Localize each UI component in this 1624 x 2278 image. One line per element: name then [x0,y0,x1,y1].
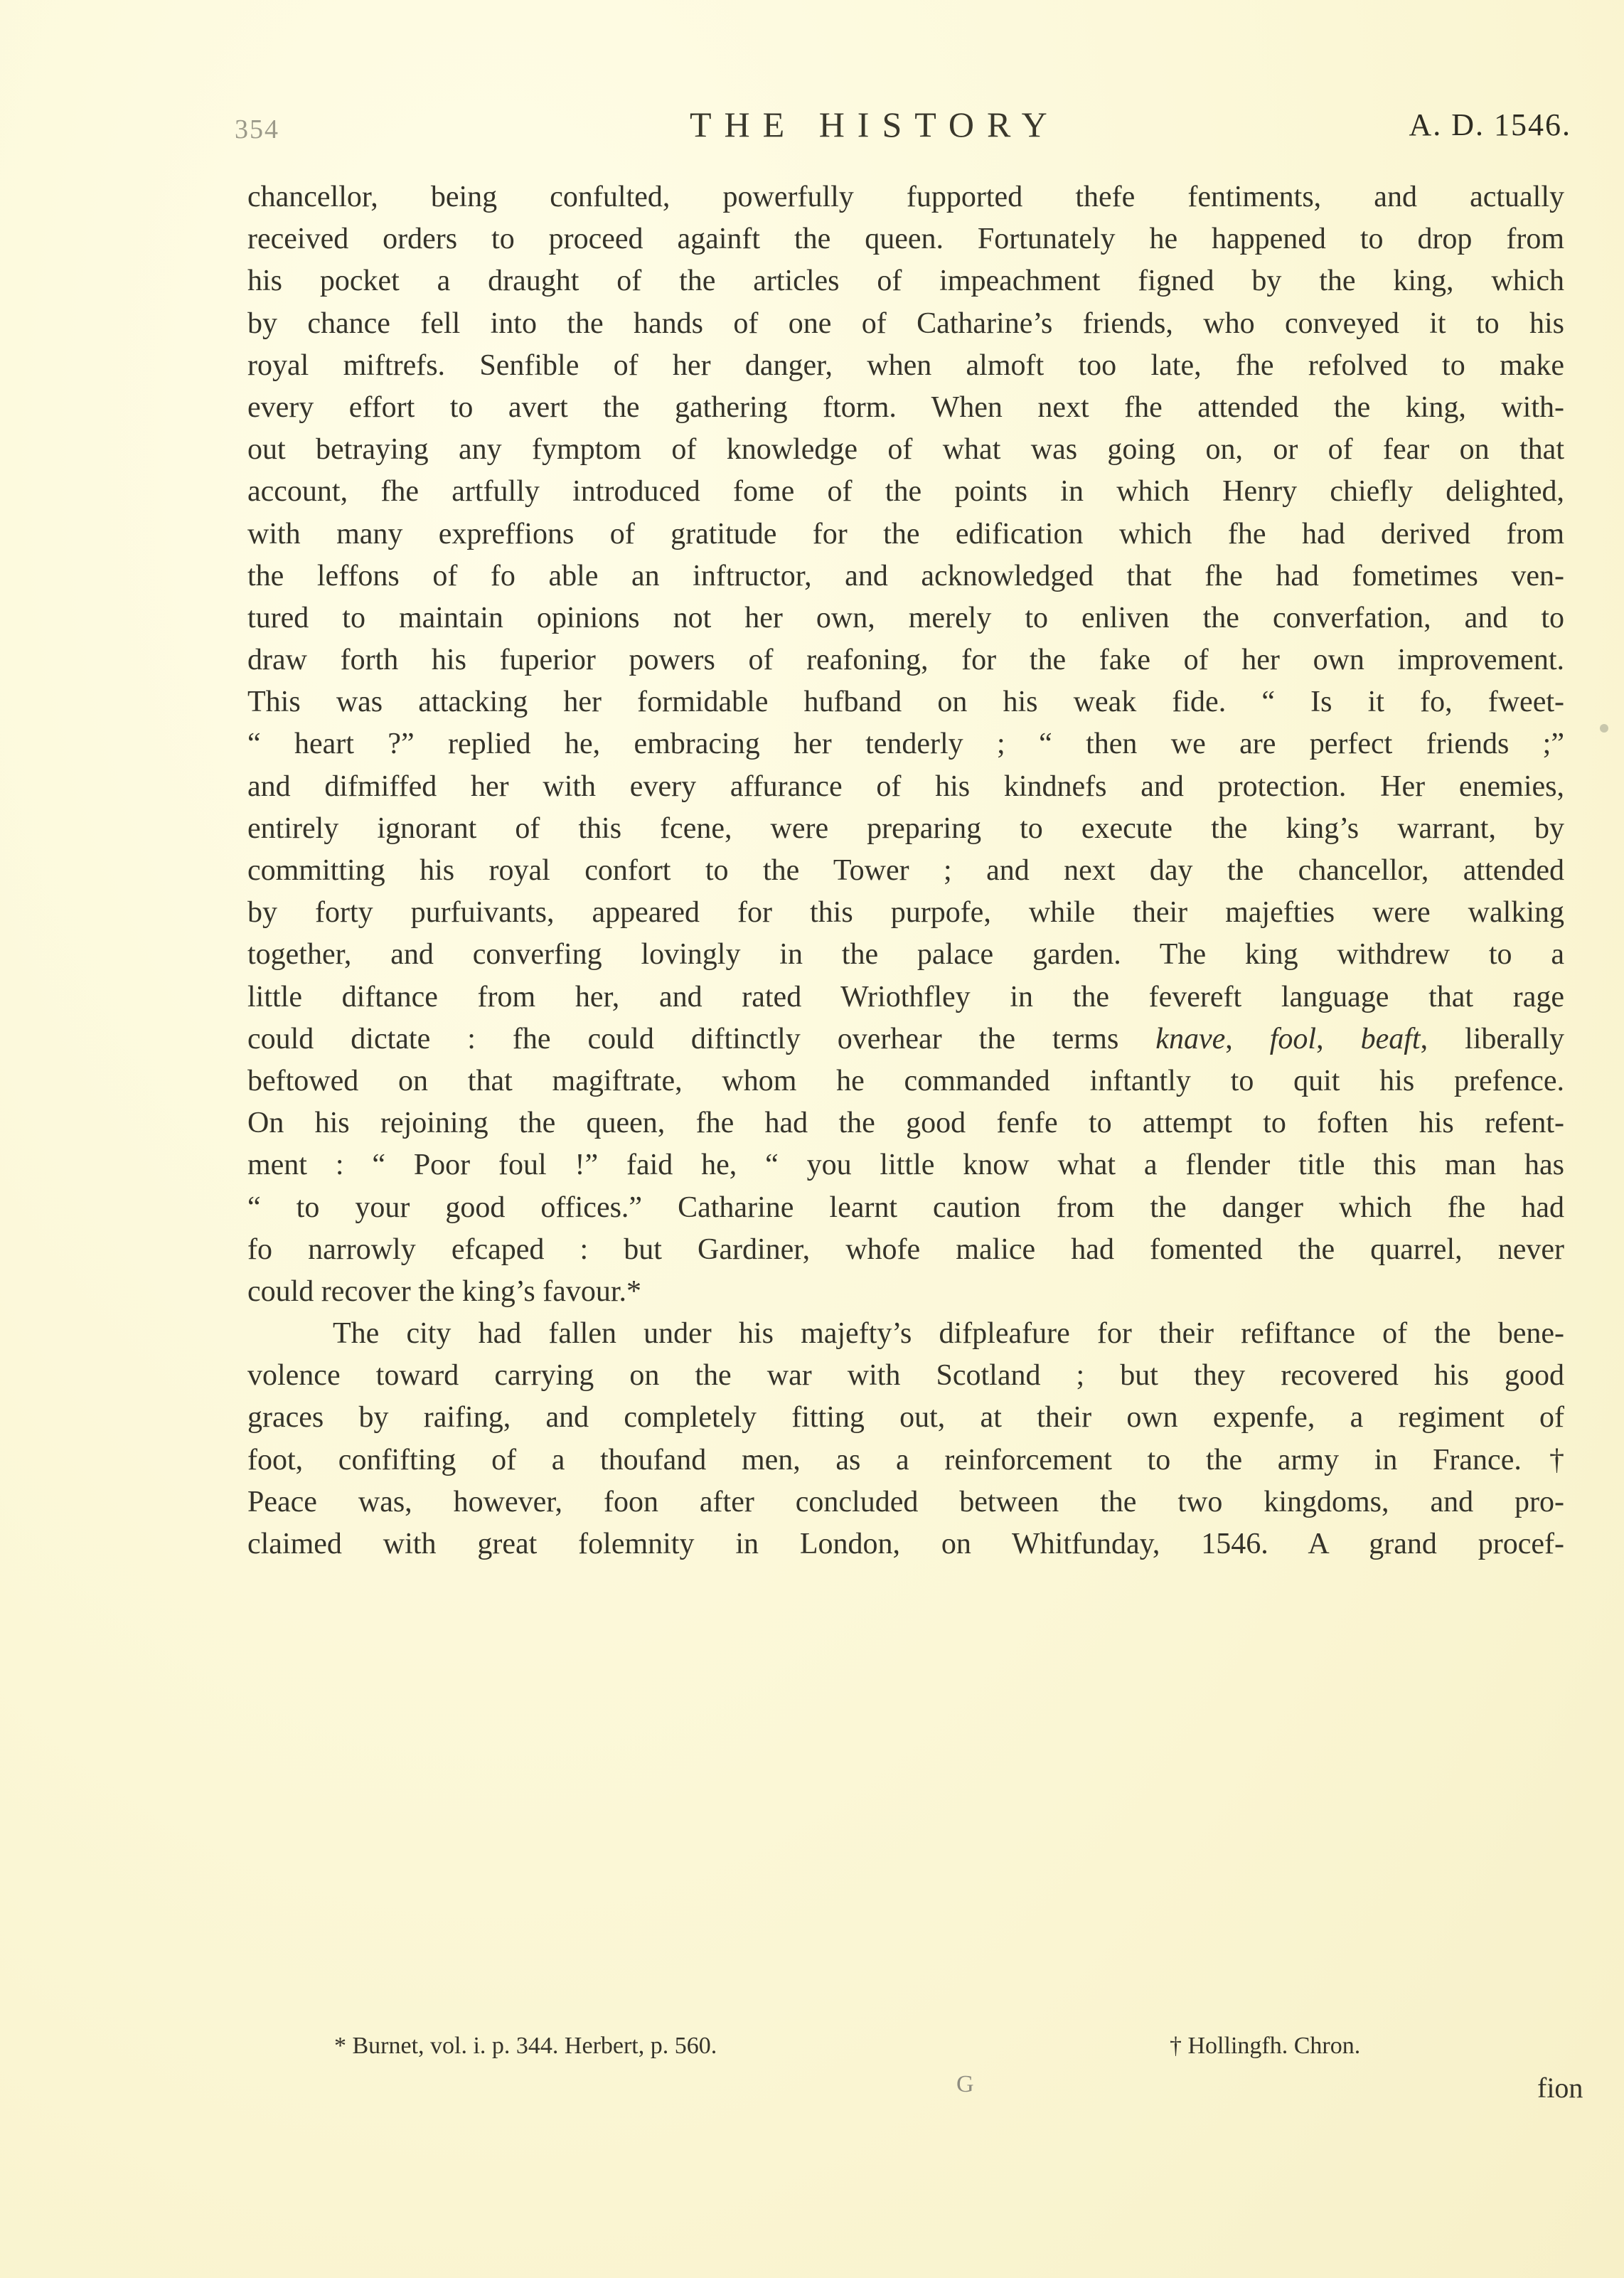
text-line: every effort to avert the gathering ftor… [247,387,1564,429]
text-line: chancellor, being confulted, powerfully … [247,176,1564,218]
text-line: foot, confifting of a thoufand men, as a… [247,1439,1564,1481]
text-line: account, fhe artfully introduced fome of… [247,471,1564,513]
book-page: 354 THE HISTORY A. D. 1546. chancellor, … [0,0,1624,2278]
text-line: together, and converfing lovingly in the… [247,934,1564,976]
text-line-with-italics: could dictate : fhe could diftinctly ove… [247,1018,1564,1060]
running-title: THE HISTORY [690,104,1060,145]
running-head: 354 THE HISTORY A. D. 1546. [235,100,1571,149]
text-line: little diftance from her, and rated Wrio… [247,976,1564,1018]
text-line: committing his royal confort to the Towe… [247,850,1564,892]
text-line: Peace was, however, foon after concluded… [247,1481,1564,1523]
body-text: chancellor, being confulted, powerfully … [247,176,1564,1565]
paragraph-start-line: The city had fallen under his majefty’s … [247,1313,1564,1355]
text-line: tured to maintain opinions not her own, … [247,597,1564,639]
text-line: out betraying any fymptom of knowledge o… [247,429,1564,471]
text-line: This was attacking her formidable hufban… [247,681,1564,723]
text-line: On his rejoining the queen, fhe had the … [247,1102,1564,1144]
text-line: volence toward carrying on the war with … [247,1355,1564,1397]
text-line: fo narrowly efcaped : but Gardiner, whof… [247,1229,1564,1271]
italic-word: knave [1155,1023,1225,1055]
text-fragment: could dictate : fhe could diftinctly ove… [247,1023,1155,1055]
text-line: beftowed on that magiftrate, whom he com… [247,1060,1564,1102]
footnote-dagger: † Hollingfh. Chron. [1170,2033,1360,2060]
page-number: 354 [235,114,279,145]
text-line: the leffons of fo able an inftructor, an… [247,555,1564,597]
text-line: by forty purfuivants, appeared for this … [247,892,1564,934]
text-fragment: , [1225,1023,1270,1055]
text-line: could recover the king’s favour.* [247,1271,1564,1313]
text-line: ment : “ Poor foul !” faid he, “ you lit… [247,1144,1564,1186]
catchword: fion [1537,2071,1583,2104]
paper-speck-icon [1600,724,1608,733]
text-fragment: , liberally [1421,1023,1564,1055]
text-line: royal miftrefs. Senfible of her danger, … [247,345,1564,387]
text-line: and difmiffed her with every affurance o… [247,766,1564,808]
signature-mark: G [956,2071,974,2098]
text-line: “ to your good offices.” Catharine learn… [247,1187,1564,1229]
text-line: draw forth his fuperior powers of reafon… [247,639,1564,681]
text-line: received orders to proceed againft the q… [247,218,1564,260]
footnote-asterisk: * Burnet, vol. i. p. 344. Herbert, p. 56… [334,2033,717,2060]
text-line: “ heart ?” replied he, embracing her ten… [247,723,1564,765]
text-line: entirely ignorant of this fcene, were pr… [247,808,1564,850]
footnotes: * Burnet, vol. i. p. 344. Herbert, p. 56… [334,2033,1578,2075]
text-line: his pocket a draught of the articles of … [247,260,1564,302]
italic-word: beaft [1361,1023,1421,1055]
running-date: A. D. 1546. [1409,107,1571,143]
text-line: by chance fell into the hands of one of … [247,303,1564,345]
text-line: with many expreffions of gratitude for t… [247,513,1564,555]
text-fragment: , [1316,1023,1361,1055]
text-line: claimed with great folemnity in London, … [247,1523,1564,1565]
text-line: graces by raifing, and completely fittin… [247,1397,1564,1439]
italic-word: fool [1270,1023,1316,1055]
